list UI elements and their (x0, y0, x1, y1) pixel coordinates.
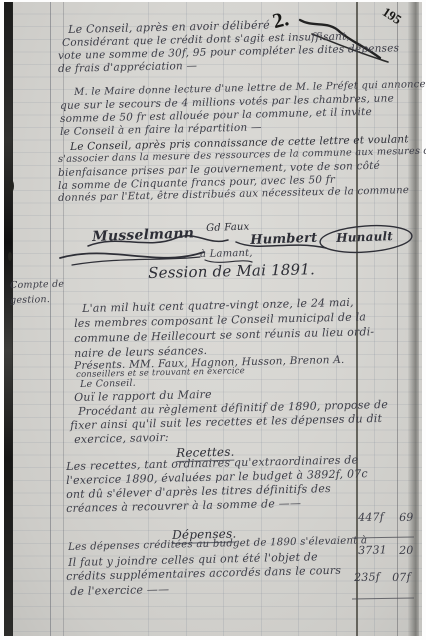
signature: Hunault (336, 230, 393, 244)
manuscript-line: de l'exercice —— (70, 584, 169, 597)
signature-note: à Lamant, (200, 249, 253, 260)
manuscript-line: Le Conseil. (80, 379, 136, 390)
amount-centimes: 20 (399, 545, 414, 556)
margin-rule-inner (63, 2, 64, 636)
margin-rule (50, 2, 51, 636)
signature: Musselmann (92, 226, 194, 244)
session-title: Session de Mai 1891. (148, 262, 315, 281)
amount-francs: 235f (354, 571, 380, 583)
signature: Humbert (250, 232, 318, 247)
ink-blot (8, 252, 12, 261)
ink-blot (9, 180, 14, 192)
right-page-edge-shadow (408, 2, 419, 636)
manuscript-line: Ouï le rapport du Maire (74, 389, 212, 403)
margin-note: Compte de (10, 280, 64, 291)
centimes-column-rule (397, 2, 398, 636)
amount-francs: 447f (358, 511, 384, 523)
scanned-register-page: { "page_number": "195", "stamp": "2.", "… (0, 0, 426, 640)
amount-centimes: 69 (399, 512, 414, 523)
torn-binding-edge (4, 2, 13, 636)
manuscript-line: exercice, savoir: (74, 432, 169, 445)
signature: Gd Faux (206, 222, 250, 234)
amount-francs: 3731 (358, 544, 387, 556)
amount-centimes: 07f (392, 572, 411, 583)
margin-note: gestion. (10, 295, 50, 305)
